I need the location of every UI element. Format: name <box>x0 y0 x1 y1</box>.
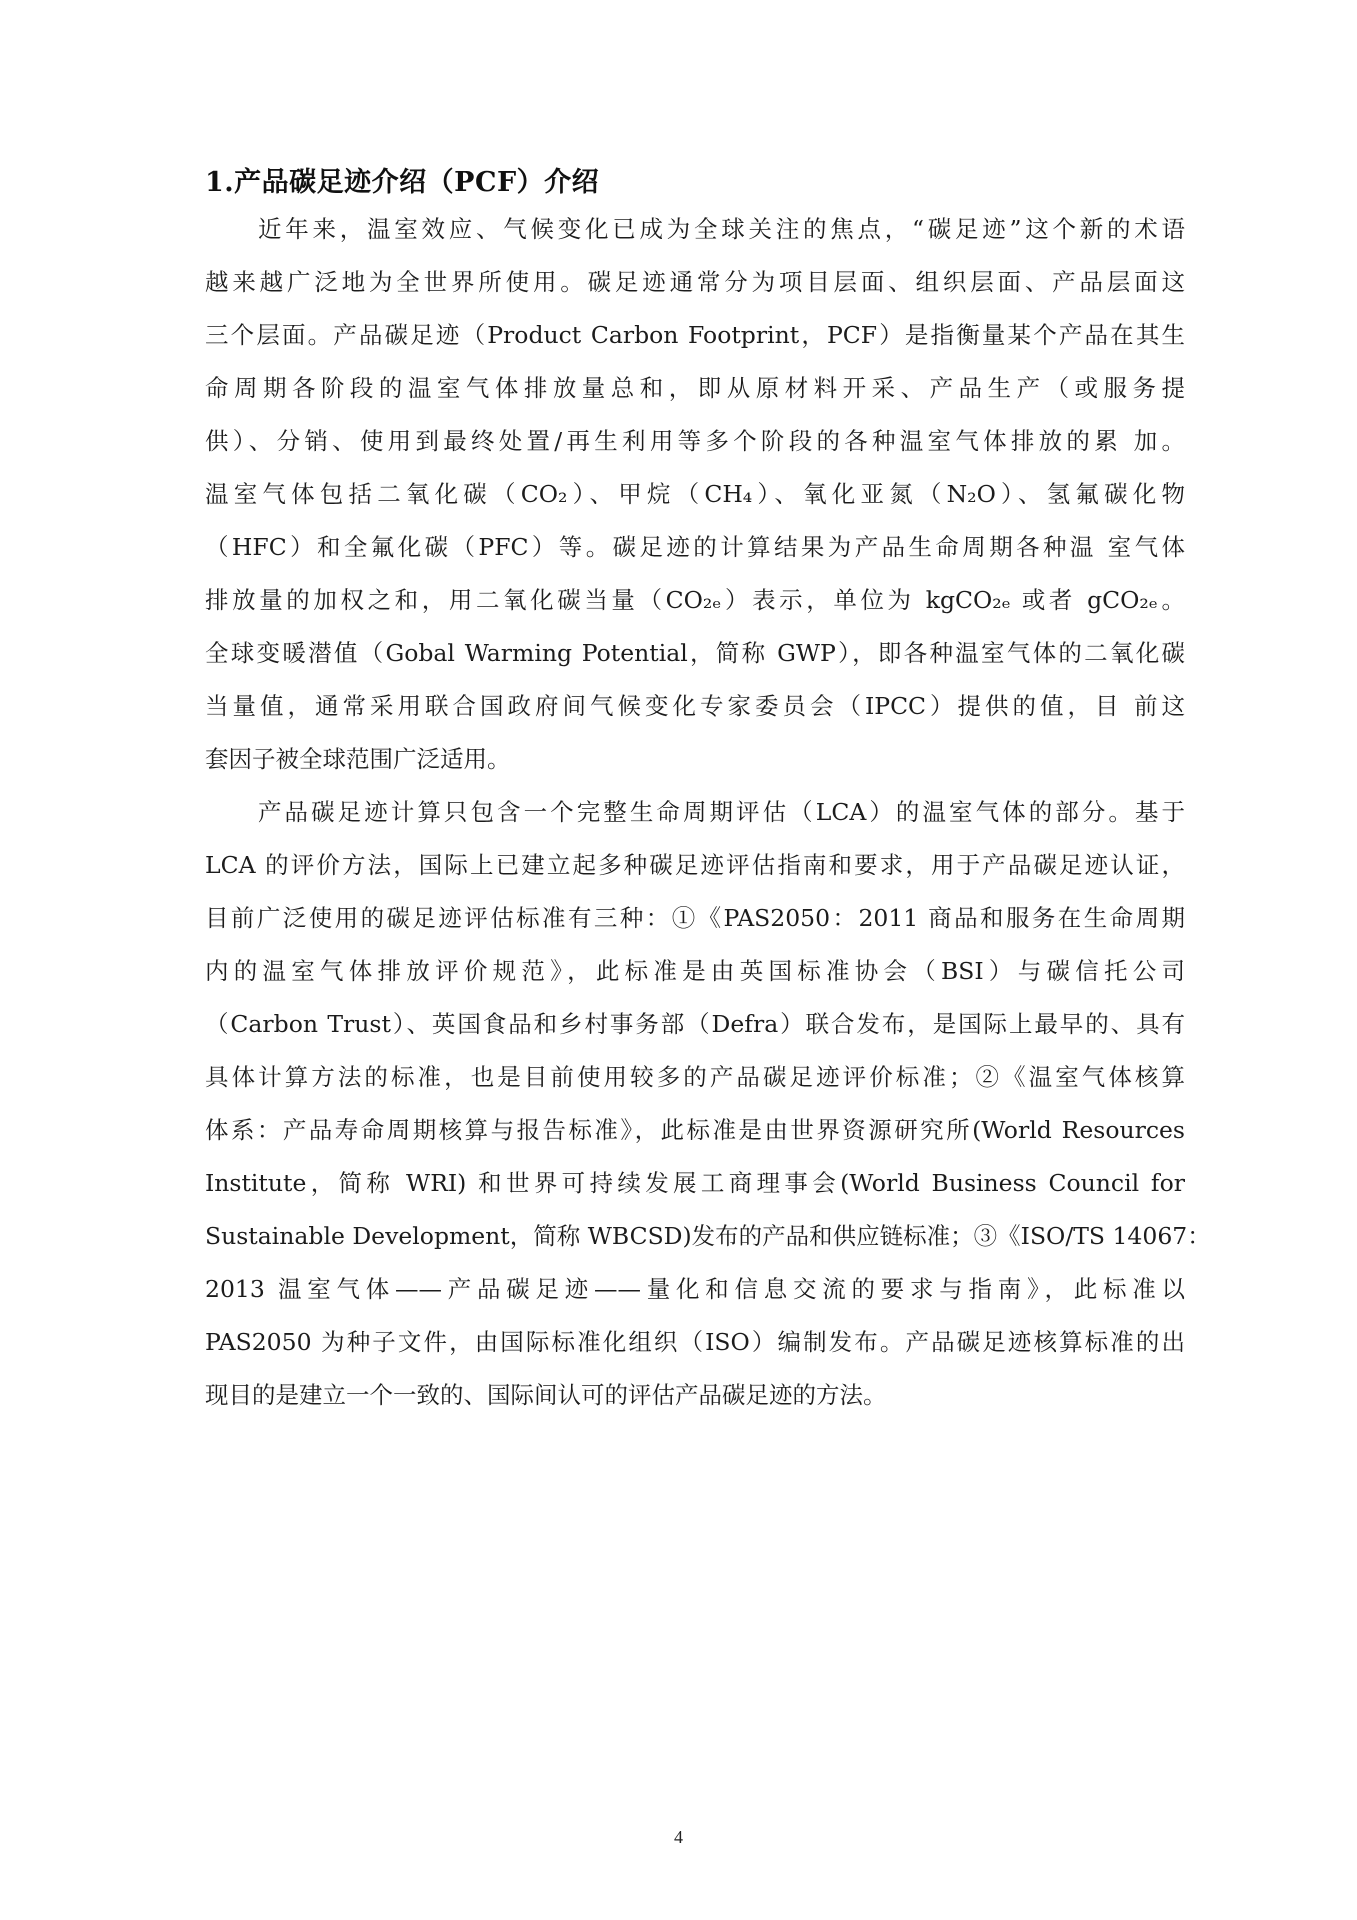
paragraph-line: 目前广泛使用的碳足迹评估标准有三种：①《PAS2050：2011 商品和服务在生… <box>205 903 1185 933</box>
paragraph-line: LCA 的评价方法，国际上已建立起多种碳足迹评估指南和要求，用于产品碳足迹认证， <box>205 850 1185 880</box>
page-number: 4 <box>0 1827 1357 1848</box>
paragraph-line: 近年来，温室效应、气候变化已成为全球关注的焦点，“碳足迹”这个新的术语 <box>258 214 1185 244</box>
paragraph-line: 具体计算方法的标准，也是目前使用较多的产品碳足迹评价标准；②《温室气体核算 <box>205 1062 1185 1092</box>
paragraph-line: Institute，简称 WRI) 和世界可持续发展工商理事会(World Bu… <box>205 1168 1185 1198</box>
paragraph-line: 三个层面。产品碳足迹（Product Carbon Footprint，PCF）… <box>205 320 1185 350</box>
paragraph-line: 体系：产品寿命周期核算与报告标准》，此标准是由世界资源研究所(World Res… <box>205 1115 1185 1145</box>
paragraph-line: 产品碳足迹计算只包含一个完整生命周期评估（LCA）的温室气体的部分。基于 <box>258 797 1185 827</box>
paragraph-line: 内的温室气体排放评价规范》，此标准是由英国标准协会（BSI）与碳信托公司 <box>205 956 1185 986</box>
paragraph-line: （HFC）和全氟化碳（PFC）等。碳足迹的计算结果为产品生命周期各种温 室气体 <box>205 532 1185 562</box>
paragraph-line: 现目的是建立一个一致的、国际间认可的评估产品碳足迹的方法。 <box>205 1380 1185 1410</box>
paragraph-line: Sustainable Development，简称 WBCSD)发布的产品和供… <box>205 1221 1185 1251</box>
paragraph-line: 命周期各阶段的温室气体排放量总和，即从原材料开采、产品生产（或服务提 <box>205 373 1185 403</box>
document-page: 1.产品碳足迹介绍（PCF）介绍 近年来，温室效应、气候变化已成为全球关注的焦点… <box>0 0 1357 1920</box>
paragraph-line: （Carbon Trust）、英国食品和乡村事务部（Defra）联合发布，是国际… <box>205 1009 1185 1039</box>
paragraph-line: 供）、分销、使用到最终处置/再生利用等多个阶段的各种温室气体排放的累 加。 <box>205 426 1185 456</box>
paragraph-line: PAS2050 为种子文件，由国际标准化组织（ISO）编制发布。产品碳足迹核算标… <box>205 1327 1185 1357</box>
paragraph-line: 越来越广泛地为全世界所使用。碳足迹通常分为项目层面、组织层面、产品层面这 <box>205 267 1185 297</box>
paragraph-line: 温室气体包括二氧化碳（CO₂）、甲烷（CH₄）、氧化亚氮（N₂O）、氢氟碳化物 <box>205 479 1185 509</box>
paragraph-line: 2013 温室气体——产品碳足迹——量化和信息交流的要求与指南》，此标准以 <box>205 1274 1185 1304</box>
section-heading: 1.产品碳足迹介绍（PCF）介绍 <box>205 160 599 199</box>
paragraph-line: 排放量的加权之和，用二氧化碳当量（CO₂ₑ）表示，单位为 kgCO₂ₑ 或者 g… <box>205 585 1185 615</box>
paragraph-line: 全球变暖潜值（Gobal Warming Potential，简称 GWP），即… <box>205 638 1185 668</box>
paragraph-line: 套因子被全球范围广泛适用。 <box>205 744 1185 774</box>
paragraph-line: 当量值，通常采用联合国政府间气候变化专家委员会（IPCC）提供的值，目 前这 <box>205 691 1185 721</box>
